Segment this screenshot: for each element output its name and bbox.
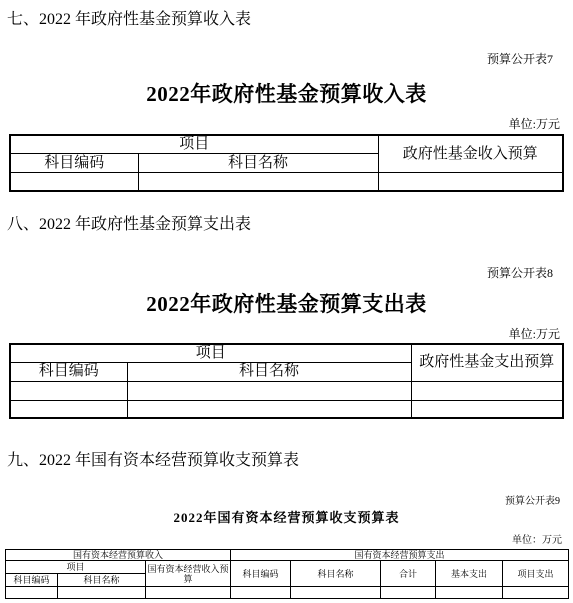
empty-value-cell	[381, 587, 436, 599]
expense-code-column-header: 科目编码	[231, 561, 291, 587]
code-column-header: 科目编码	[10, 154, 138, 173]
empty-value-cell	[378, 173, 563, 191]
empty-code-cell	[231, 587, 291, 599]
table-row	[6, 587, 569, 599]
project-group-header: 项目	[10, 344, 411, 363]
gov-fund-expense-table: 项目 政府性基金支出预算 科目编码 科目名称	[9, 343, 564, 420]
table-row	[10, 400, 563, 418]
empty-name-cell	[127, 381, 411, 400]
empty-value-cell	[436, 587, 503, 599]
empty-code-cell	[10, 381, 127, 400]
table-row	[10, 381, 563, 400]
basic-expense-column-header: 基本支出	[436, 561, 503, 587]
state-capital-budget-table: 国有资本经营预算收入 国有资本经营预算支出 项目 国有资本经营收入预算 科目编码…	[5, 549, 569, 599]
income-budget-column-header: 国有资本经营收入预算	[146, 561, 231, 587]
empty-code-cell	[6, 587, 58, 599]
table-7-title: 2022年政府性基金预算收入表	[0, 84, 573, 105]
name-column-header: 科目名称	[127, 362, 411, 381]
income-name-column-header: 科目名称	[58, 574, 146, 587]
expense-budget-column-header: 政府性基金支出预算	[411, 344, 563, 382]
empty-value-cell	[146, 587, 231, 599]
project-expense-column-header: 项目支出	[503, 561, 569, 587]
unit-label-9: 单位：万元	[0, 535, 573, 546]
empty-code-cell	[10, 400, 127, 418]
empty-name-cell	[291, 587, 381, 599]
empty-name-cell	[138, 173, 378, 191]
total-column-header: 合计	[381, 561, 436, 587]
unit-label-7: 单位:万元	[0, 118, 573, 131]
table-row	[10, 173, 563, 191]
empty-code-cell	[10, 173, 138, 191]
table-8-title: 2022年政府性基金预算支出表	[0, 294, 573, 315]
empty-value-cell	[411, 400, 563, 418]
empty-value-cell	[503, 587, 569, 599]
gov-fund-income-table: 项目 政府性基金收入预算 科目编码 科目名称	[9, 134, 564, 192]
income-group-header: 国有资本经营预算收入	[6, 550, 231, 561]
income-budget-column-header: 政府性基金收入预算	[378, 135, 563, 173]
income-code-column-header: 科目编码	[6, 574, 58, 587]
empty-name-cell	[58, 587, 146, 599]
expense-name-column-header: 科目名称	[291, 561, 381, 587]
unit-label-8: 单位:万元	[0, 328, 573, 341]
section-7-heading: 七、2022 年政府性基金预算收入表	[7, 0, 573, 31]
sheet-label-7: 预算公开表7	[0, 53, 573, 66]
code-column-header: 科目编码	[10, 362, 127, 381]
section-8-heading: 八、2022 年政府性基金预算支出表	[7, 214, 573, 236]
empty-name-cell	[127, 400, 411, 418]
expense-group-header: 国有资本经营预算支出	[231, 550, 569, 561]
project-group-header: 项目	[10, 135, 378, 154]
sheet-label-8: 预算公开表8	[0, 267, 573, 280]
name-column-header: 科目名称	[138, 154, 378, 173]
sheet-label-9: 预算公开表9	[0, 496, 573, 507]
section-9-heading: 九、2022 年国有资本经营预算收支预算表	[7, 450, 573, 472]
empty-value-cell	[411, 381, 563, 400]
table-9-title: 2022年国有资本经营预算收支预算表	[0, 511, 573, 525]
project-group-header: 项目	[6, 561, 146, 574]
document-page: 七、2022 年政府性基金预算收入表 预算公开表7 2022年政府性基金预算收入…	[0, 0, 573, 603]
